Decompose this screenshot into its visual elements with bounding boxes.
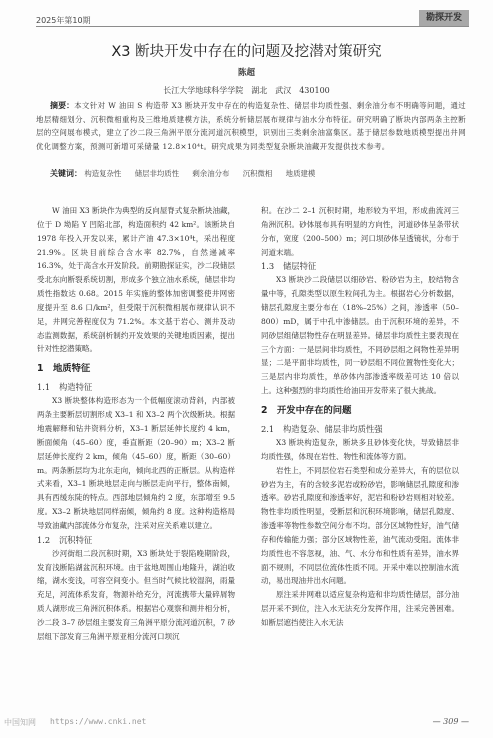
keywords-label: 关键词：	[50, 169, 82, 178]
abstract: 摘要：本文针对 W 油田 S 构造带 X3 断块开发中存在的构造复杂性、储层非均…	[36, 99, 466, 154]
subsection-heading-2-1: 2.1构造复杂、储层非均质性强	[261, 422, 459, 436]
section-heading-2: 2开发中存在的问题	[261, 404, 459, 418]
subsection-heading-1-2: 1.2沉积特征	[37, 533, 235, 547]
page-number: — 309 —	[433, 717, 469, 726]
structure-paragraph: X3 断块整体构造形态为一个低幅度滚动背斜，内部被两条主要断层切割形成 X3–1…	[37, 394, 235, 532]
source-url: https://www.cnki.net	[50, 717, 146, 726]
intro-paragraph: W 油田 X3 断块作为典型的反向屋脊式复杂断块油藏，位于 D 坳陷 Y 凹陷北…	[37, 204, 235, 356]
sedimentary-paragraph: 沙河街组二段沉积时期，X3 断块处于裂陷晚期阶段，发育浅断陷湖盆沉积环境。由于盆…	[37, 547, 235, 644]
keyword: 剩余油分布	[192, 169, 229, 178]
page-footer: 中国知网 https://www.cnki.net — 309 —	[4, 717, 469, 729]
complexity-paragraph-3: 原注采井网难以适应复杂构造和非均质性储层，部分油层开采不到位，注入水无法充分发挥…	[261, 588, 459, 630]
issue-label: 2025年第10期	[36, 15, 91, 26]
section-heading-1: 1地质特征	[37, 362, 235, 376]
subsection-heading-1-3: 1.3储层特征	[261, 259, 459, 273]
sedimentary-paragraph-cont: 积。在沙二 2–1 沉积时期，地形较为平坦，形成曲流河三角洲沉积。砂体展布具有明…	[261, 204, 459, 259]
keyword: 沉积微相	[243, 169, 273, 178]
right-column: 积。在沙二 2–1 沉积时期，地形较为平坦，形成曲流河三角洲沉积。砂体展布具有明…	[261, 204, 459, 630]
author-name: 陈超	[0, 66, 493, 78]
abstract-label: 摘要：	[50, 101, 74, 110]
section-badge: 勘探开发	[419, 10, 469, 26]
keywords: 关键词： 构造复杂性 储层非均质性 剩余油分布 沉积微相 地质建模	[36, 167, 466, 180]
running-header: 2025年第10期 勘探开发	[36, 10, 469, 27]
left-column: W 油田 X3 断块作为典型的反向屋脊式复杂断块油藏，位于 D 坳陷 Y 凹陷北…	[37, 204, 235, 644]
keyword: 储层非均质性	[135, 169, 179, 178]
subsection-heading-1-1: 1.1构造特征	[37, 380, 235, 394]
reservoir-paragraph: X3 断块沙二段储层以细砂岩、粉砂岩为主，胶结物含量中等，孔隙类型以原生粒间孔为…	[261, 273, 459, 398]
keyword: 构造复杂性	[84, 169, 121, 178]
source-watermark: 中国知网	[4, 717, 36, 728]
complexity-paragraph-2: 岩性上，不同层位岩石类型和成分差异大，有的层位以砂岩为主，有的含较多泥岩或粉砂岩…	[261, 464, 459, 589]
affiliation: 长江大学地球科学学院 湖北 武汉 430100	[0, 85, 493, 96]
keyword: 地质建模	[286, 169, 316, 178]
abstract-text: 本文针对 W 油田 S 构造带 X3 断块开发中存在的构造复杂性、储层非均质性强…	[36, 101, 466, 151]
article-title: X3 断块开发中存在的问题及挖潜对策研究	[0, 40, 493, 61]
complexity-paragraph-1: X3 断块构造复杂，断块多且砂体变化快，导致储层非均质性强，体现在岩性、物性和流…	[261, 436, 459, 464]
